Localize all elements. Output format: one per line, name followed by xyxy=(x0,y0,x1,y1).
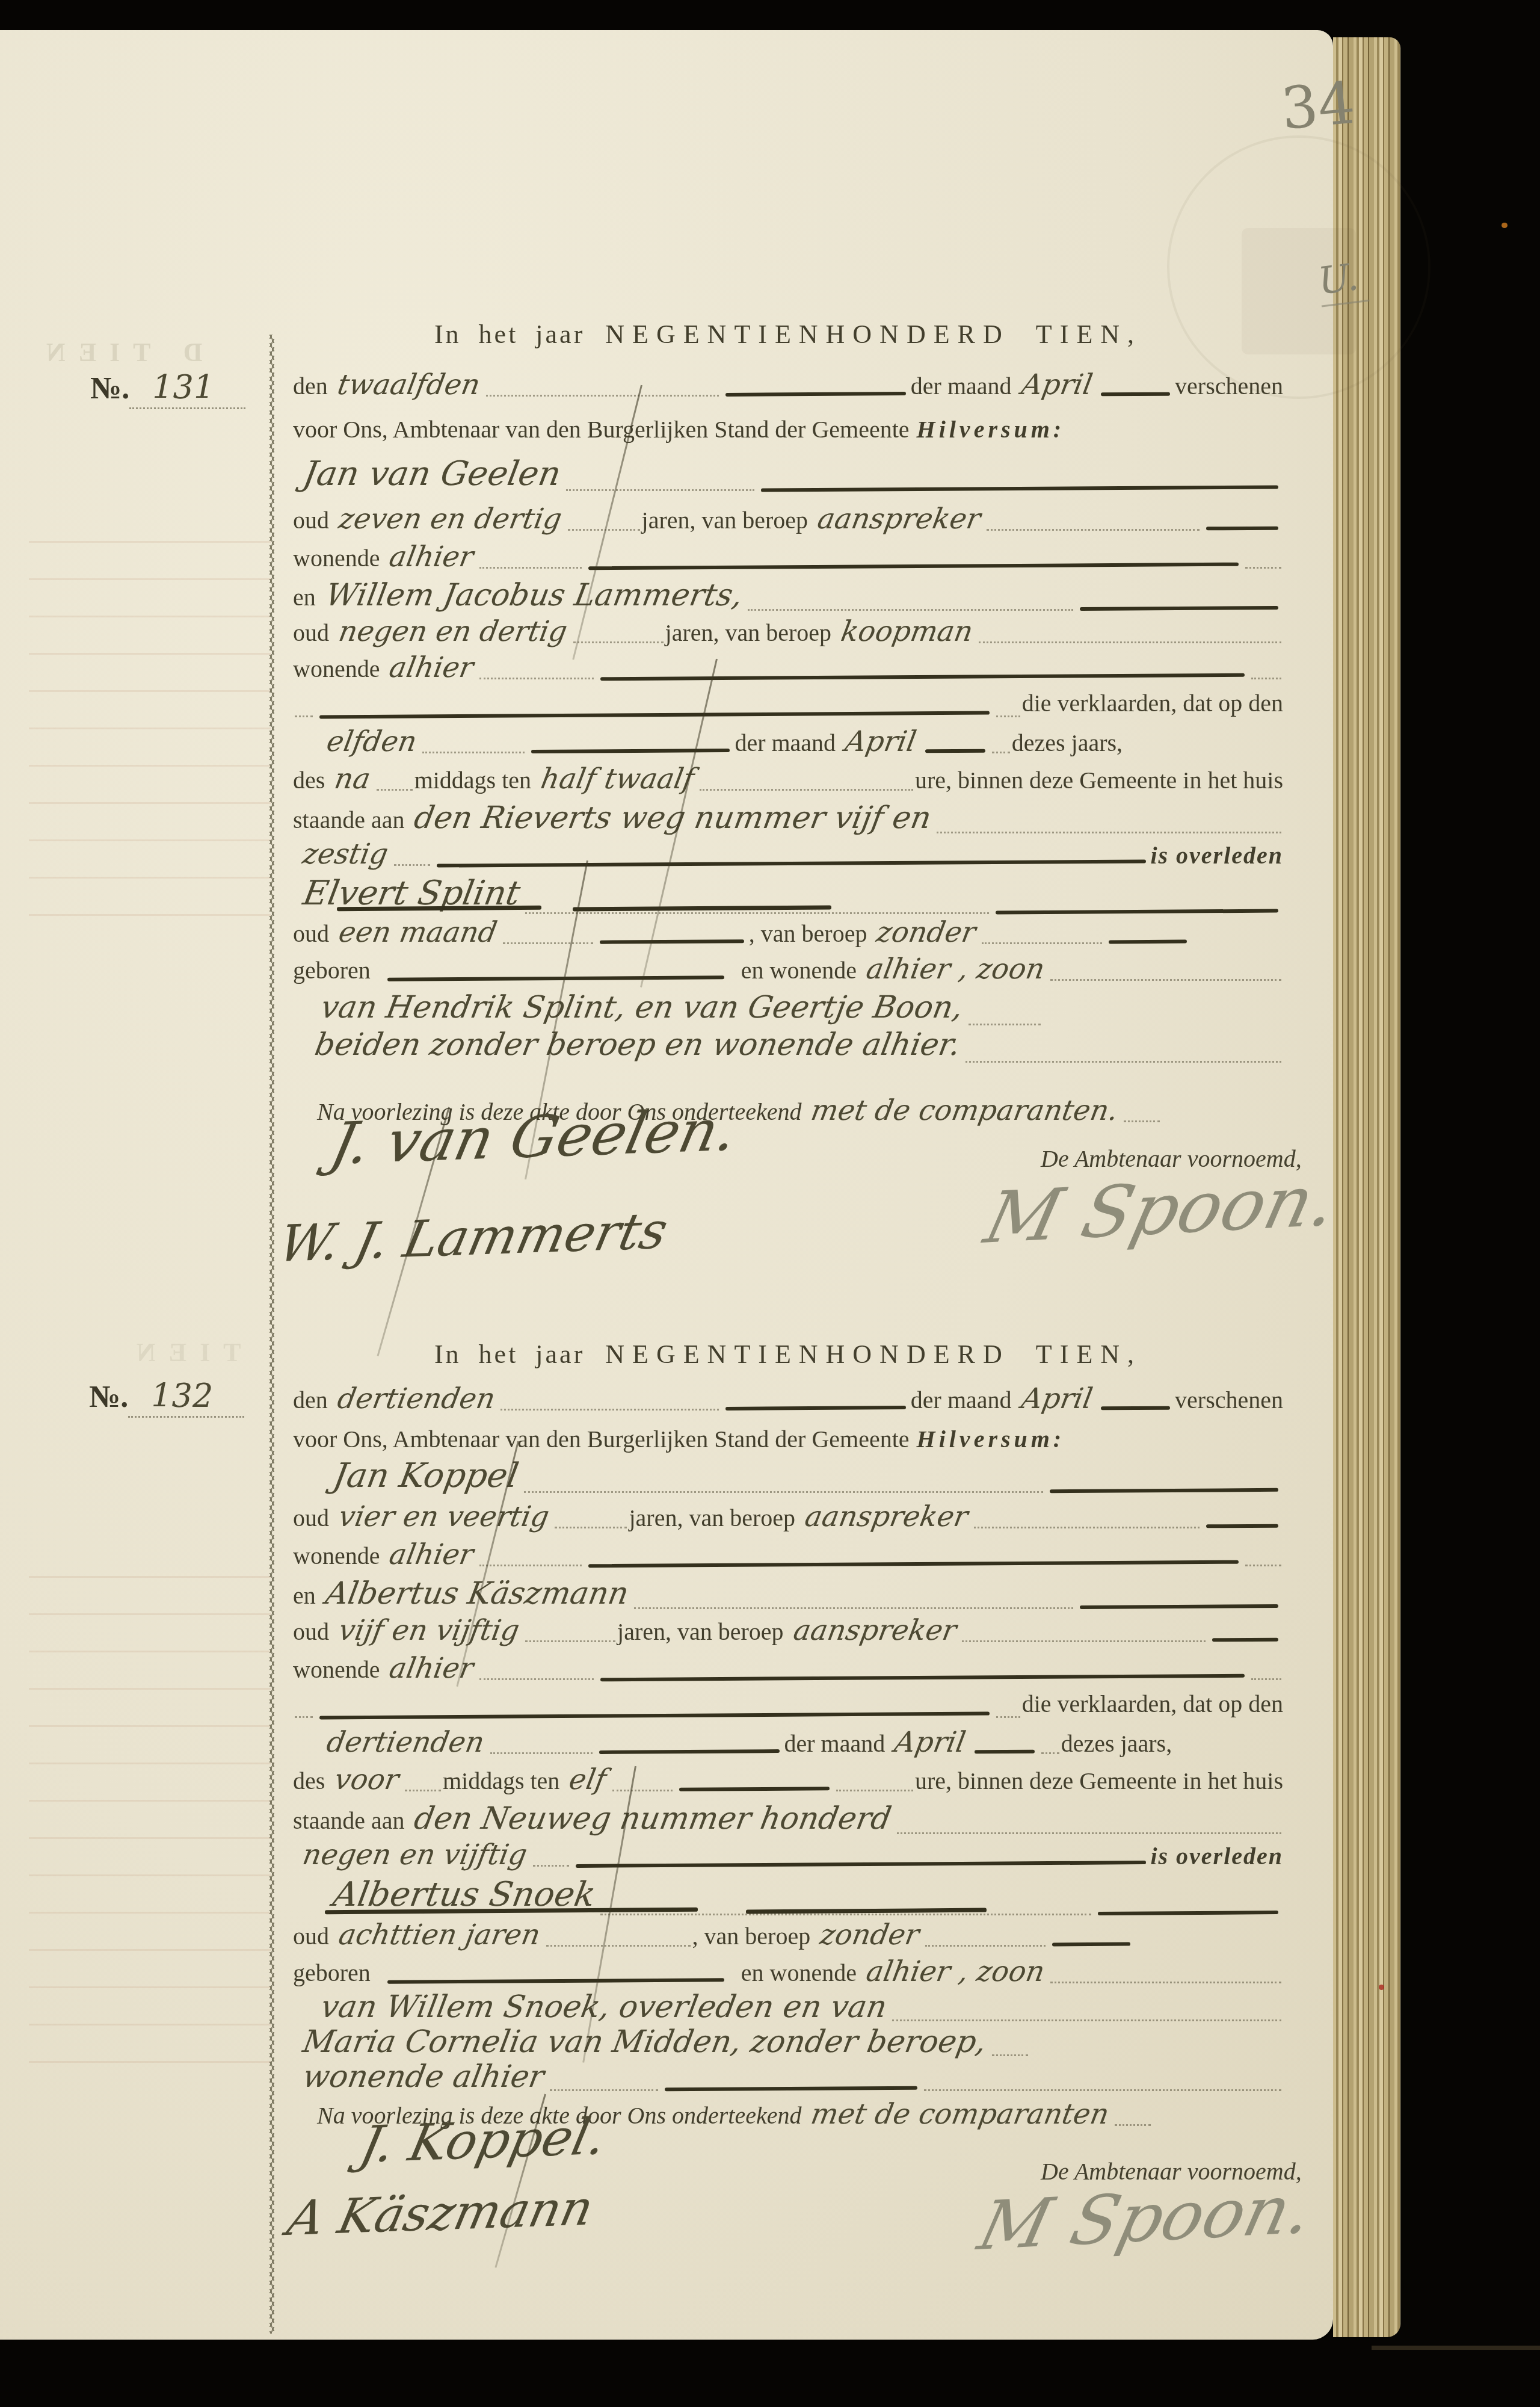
dotted-leader xyxy=(533,1865,569,1867)
dotted-leader xyxy=(479,678,594,679)
label-oud: oud xyxy=(293,1618,329,1646)
deceased-age-line: oud een maand , van beroep zonder xyxy=(293,916,1283,950)
dotted-leader xyxy=(612,1790,673,1791)
label-die-verklaarden: die verklaarden, dat op den xyxy=(1022,689,1283,717)
date-line: den dertienden der maand April verschene… xyxy=(293,1382,1283,1416)
comparant2-occupation: aanspreker xyxy=(791,1614,959,1647)
death-date-line: dertienden der maand April dezes jaars, xyxy=(293,1726,1283,1760)
deceased-age: achttien jaren xyxy=(336,1918,543,1951)
label-en-wonende: en wonende xyxy=(741,1959,857,1987)
deceased-occupation: zonder xyxy=(818,1918,922,1951)
dust-fleck xyxy=(1379,1985,1384,1990)
month-handwritten: April xyxy=(1019,1382,1095,1415)
ink-stroke xyxy=(588,1560,1239,1568)
label-den: den xyxy=(293,372,328,400)
dotted-leader xyxy=(525,912,989,914)
deceased-residence: alhier , zoon xyxy=(864,953,1047,986)
ink-stroke xyxy=(725,392,906,397)
dotted-leader xyxy=(500,1409,719,1411)
dotted-leader xyxy=(925,1945,1046,1947)
dotted-leader xyxy=(479,567,582,569)
header-prefix: In het jaar xyxy=(434,319,585,350)
label-jaren-beroep: jaren, van beroep xyxy=(642,506,808,534)
dotted-leader xyxy=(748,609,1073,611)
label-die-verklaarden: die verklaarden, dat op den xyxy=(1022,1690,1283,1718)
closing-handwritten: met de comparanten. xyxy=(808,1094,1121,1127)
ink-stroke xyxy=(437,859,1146,867)
comparant1-age: vier en veertig xyxy=(336,1500,552,1533)
comparant1-name: Jan Koppel xyxy=(330,1456,522,1495)
label-geboren: geboren xyxy=(293,956,371,984)
comparant1-residence-line: wonende alhier xyxy=(293,540,1283,574)
dotted-leader xyxy=(897,1832,1281,1834)
comparant1-occupation: aanspreker xyxy=(802,1500,970,1533)
label-der-maand: der maand xyxy=(735,729,836,757)
comparant2-name-line: en Albertus Käszmann xyxy=(293,1576,1283,1614)
daypart-handwritten: voor xyxy=(332,1763,401,1796)
label-der-maand: der maand xyxy=(784,1729,885,1758)
dotted-leader xyxy=(969,1024,1041,1025)
label-dezes-jaars: dezes jaars, xyxy=(1012,729,1123,757)
number-label: №. xyxy=(89,1379,128,1415)
comparant2-age-line: oud negen en dertig jaren, van beroep ko… xyxy=(293,615,1283,649)
comparant1-name: Jan van Geelen xyxy=(300,454,564,493)
label-jaren-beroep: jaren, van beroep xyxy=(629,1504,795,1532)
gemeente-name: Hilversum: xyxy=(917,415,1065,443)
comparant1-age: zeven en dertig xyxy=(336,502,564,536)
comparant2-age: vijf en vijftig xyxy=(336,1614,522,1647)
label-is-overleden: is overleden xyxy=(1150,1842,1283,1870)
dotted-leader xyxy=(524,1491,1044,1493)
ink-stroke xyxy=(1052,1942,1130,1947)
dotted-leader xyxy=(924,2089,1281,2091)
dotted-leader xyxy=(996,1716,1020,1718)
ink-stroke xyxy=(679,1787,830,1791)
label-is-overleden: is overleden xyxy=(1150,841,1283,870)
comparant1-age-line: oud vier en veertig jaren, van beroep aa… xyxy=(293,1500,1283,1534)
dotted-leader xyxy=(962,1640,1206,1642)
ink-stroke xyxy=(1109,940,1187,944)
dust-fleck xyxy=(1501,223,1508,228)
scanned-register-page: D TIEN TIEN 34 U. №. 131 In het jaar NEG… xyxy=(0,0,1540,2407)
dotted-leader xyxy=(555,1527,627,1528)
label-oud: oud xyxy=(293,919,329,948)
comparant2-age-line: oud vijf en vijftig jaren, van beroep aa… xyxy=(293,1614,1283,1648)
daypart-handwritten: na xyxy=(332,762,373,796)
born-residence-line: geboren en wonende alhier , zoon xyxy=(293,1955,1283,1989)
dotted-leader xyxy=(979,641,1281,643)
label-oud: oud xyxy=(293,1922,329,1950)
death-month: April xyxy=(892,1726,968,1759)
address-line-1: staande aan den Neuweg nummer honderd xyxy=(293,1801,1283,1840)
dotted-leader xyxy=(974,1527,1200,1528)
dotted-leader xyxy=(479,1565,582,1566)
parentage-3: wonende alhier xyxy=(300,2059,547,2095)
death-hour: elf xyxy=(567,1763,609,1796)
parentage-2: Maria Cornelia van Midden, zonder beroep… xyxy=(300,2024,989,2060)
ink-stroke xyxy=(1206,1524,1278,1528)
comparant1-name-line: Jan van Geelen xyxy=(293,454,1283,496)
label-der-maand: der maand xyxy=(911,372,1012,400)
ink-stroke xyxy=(1080,606,1278,611)
death-day: dertienden xyxy=(324,1726,487,1759)
ink-stroke xyxy=(1101,1406,1170,1411)
parentage-1: van Willem Snoek, overleden en van xyxy=(318,1989,890,2025)
comparant2-residence-line: wonende alhier xyxy=(293,1652,1283,1686)
address-handwritten-2: zestig xyxy=(300,838,390,871)
dotted-leader xyxy=(982,942,1102,944)
record-header: In het jaar NEGENTIENHONDERD TIEN, xyxy=(293,319,1283,353)
ink-stroke xyxy=(387,975,724,981)
dotted-leader xyxy=(1041,1752,1059,1754)
label-verschenen: verschenen xyxy=(1175,1386,1283,1414)
ink-bleedthrough: TIEN xyxy=(123,1337,241,1368)
record-number-block: №. 132 xyxy=(89,1377,244,1418)
dotted-leader xyxy=(1050,979,1281,981)
label-van-beroep: , van beroep xyxy=(692,1922,811,1950)
dotted-leader xyxy=(405,1790,441,1791)
registrar-line: voor Ons, Ambtenaar van den Burgerlijken… xyxy=(293,415,1283,449)
dotted-leader xyxy=(479,1678,594,1680)
dotted-leader xyxy=(1245,567,1281,569)
death-date-line: elfden der maand April dezes jaars, xyxy=(293,725,1283,759)
dotted-leader xyxy=(1251,678,1281,679)
number-label: №. xyxy=(90,371,129,406)
parentage-2: beiden zonder beroep en wonende alhier. xyxy=(312,1027,963,1063)
ink-stroke xyxy=(387,1978,724,1983)
label-middags-ten: middags ten xyxy=(414,766,531,794)
record-number-underline: 132 xyxy=(128,1377,244,1418)
label-jaren-beroep: jaren, van beroep xyxy=(617,1618,784,1646)
label-verschenen: verschenen xyxy=(1175,372,1283,400)
dotted-leader xyxy=(1245,1565,1281,1566)
declaration-line: die verklaarden, dat op den xyxy=(293,689,1283,723)
ink-stroke xyxy=(576,1861,1146,1868)
comparant1-residence: alhier xyxy=(387,1538,476,1571)
ink-stroke xyxy=(588,563,1239,570)
comparant1-residence: alhier xyxy=(387,540,476,573)
ink-stroke xyxy=(1098,1911,1278,1915)
deceased-residence: alhier , zoon xyxy=(864,1955,1047,1988)
deceased-occupation: zonder xyxy=(874,916,978,949)
deceased-age-line: oud achttien jaren , van beroep zonder xyxy=(293,1918,1283,1952)
dotted-leader xyxy=(503,942,593,944)
label-van-beroep: , van beroep xyxy=(749,919,867,948)
label-wonende: wonende xyxy=(293,1655,380,1684)
dotted-leader xyxy=(634,1607,1073,1609)
deceased-name-line: Albertus Snoek xyxy=(293,1875,1283,1921)
comparant1-residence-line: wonende alhier xyxy=(293,1538,1283,1572)
record-number-block: №. 131 xyxy=(90,368,245,409)
dotted-leader xyxy=(937,832,1281,833)
label-jaren-beroep: jaren, van beroep xyxy=(665,619,832,647)
label-ure-binnen: ure, binnen deze Gemeente in het huis xyxy=(915,1767,1283,1795)
death-day: elfden xyxy=(324,725,419,758)
death-hour-line: des na middags ten half twaalf ure, binn… xyxy=(293,762,1283,796)
record-number-underline: 131 xyxy=(129,368,245,409)
date-line: den twaalfden der maand April verschenen xyxy=(293,368,1283,402)
label-en: en xyxy=(293,583,316,611)
ink-stroke xyxy=(761,485,1278,492)
parentage-line-3: wonende alhier xyxy=(293,2059,1283,2096)
dotted-leader xyxy=(1050,1982,1281,1983)
month-handwritten: April xyxy=(1019,368,1095,401)
dotted-leader xyxy=(566,489,754,491)
label-staande-aan: staande aan xyxy=(293,806,404,834)
label-staande-aan: staande aan xyxy=(293,1806,404,1835)
address-handwritten-2: negen en vijftig xyxy=(300,1838,529,1871)
closing-handwritten: met de comparanten xyxy=(808,2098,1112,2131)
declaration-line: die verklaarden, dat op den xyxy=(293,1690,1283,1723)
born-residence-line: geboren en wonende alhier , zoon xyxy=(293,953,1283,986)
pencil-initials: U. xyxy=(1316,253,1369,307)
day-handwritten: twaalfden xyxy=(335,368,482,401)
label-ure-binnen: ure, binnen deze Gemeente in het huis xyxy=(915,766,1283,794)
ink-stroke xyxy=(925,749,985,753)
dotted-leader xyxy=(1251,1678,1281,1680)
label-den: den xyxy=(293,1386,328,1414)
ink-stroke xyxy=(1212,1638,1278,1642)
parentage-line-2: Maria Cornelia van Midden, zonder beroep… xyxy=(293,2024,1283,2062)
ink-stroke xyxy=(599,1749,780,1754)
deceased-name-line: Elvert Splint xyxy=(293,874,1283,919)
ink-stroke xyxy=(665,2086,917,2092)
verso-ruled-lines xyxy=(29,1540,271,2070)
comparant1-age-line: oud zeven en dertig jaren, van beroep aa… xyxy=(293,502,1283,536)
ink-stroke xyxy=(1050,1488,1278,1493)
ink-stroke xyxy=(725,1406,906,1411)
dotted-leader xyxy=(546,1945,691,1947)
label-oud: oud xyxy=(293,619,329,647)
label-oud: oud xyxy=(293,1504,329,1532)
record-number: 132 xyxy=(151,1377,213,1415)
comparant1-name-line: Jan Koppel xyxy=(293,1456,1283,1498)
comparant1-signature: J. Koppel. xyxy=(355,2107,612,2174)
dotted-leader xyxy=(996,715,1020,717)
verso-ruled-lines xyxy=(29,505,271,951)
dotted-leader xyxy=(700,789,913,791)
dotted-leader xyxy=(992,752,1010,753)
label-des: des xyxy=(293,1767,325,1795)
ink-bleedthrough: D TIEN xyxy=(33,337,203,368)
ink-stroke xyxy=(996,909,1278,915)
address-handwritten-1: den Rieverts weg nummer vijf en xyxy=(411,800,934,836)
label-en: en xyxy=(293,1581,316,1610)
dotted-leader xyxy=(573,641,664,643)
dotted-leader xyxy=(550,2089,658,2091)
label-dezes-jaars: dezes jaars, xyxy=(1061,1729,1172,1758)
dotted-leader xyxy=(992,2054,1028,2056)
embossed-seal xyxy=(1167,135,1431,399)
parentage-1: van Hendrik Splint, en van Geertje Boon, xyxy=(318,990,966,1025)
pencil-page-number: 34 xyxy=(1278,69,1357,143)
dotted-leader xyxy=(486,395,719,397)
parentage-line-1: van Willem Snoek, overleden en van xyxy=(293,1989,1283,2027)
margin-divider-zigzag xyxy=(269,335,274,2334)
day-handwritten: dertienden xyxy=(335,1382,497,1415)
death-hour: half twaalf xyxy=(538,762,697,796)
dotted-leader xyxy=(295,1716,313,1718)
header-prefix: In het jaar xyxy=(434,1339,585,1370)
dotted-leader xyxy=(394,864,430,866)
parentage-line-1: van Hendrik Splint, en van Geertje Boon, xyxy=(293,990,1283,1031)
ink-stroke xyxy=(1206,527,1278,531)
comparant2-occupation: koopman xyxy=(839,615,976,648)
label-voor-ons: voor Ons, Ambtenaar van den Burgerlijken… xyxy=(293,1425,910,1453)
comparant2-name-line: en Willem Jacobus Lammerts, xyxy=(293,578,1283,616)
comparant1-occupation: aanspreker xyxy=(815,502,983,536)
dotted-leader xyxy=(295,715,313,717)
dotted-leader xyxy=(490,1752,593,1754)
label-wonende: wonende xyxy=(293,655,380,683)
label-wonende: wonende xyxy=(293,544,380,572)
label-oud: oud xyxy=(293,506,329,534)
comparant2-signature: A Käszmann xyxy=(283,2180,598,2246)
dotted-leader xyxy=(892,2019,1281,2021)
comparant2-residence-line: wonende alhier xyxy=(293,651,1283,685)
dotted-leader xyxy=(377,789,413,791)
ink-stroke xyxy=(600,673,1245,681)
ink-stroke xyxy=(975,1750,1035,1754)
label-middags-ten: middags ten xyxy=(443,1767,559,1795)
parentage-line-2: beiden zonder beroep en wonende alhier. xyxy=(293,1027,1283,1068)
ink-stroke xyxy=(531,749,730,753)
dotted-leader xyxy=(836,1790,913,1791)
dotted-leader xyxy=(1115,2124,1151,2126)
ink-stroke xyxy=(319,711,990,719)
shelf-line xyxy=(1372,2346,1540,2350)
comparant2-name: Willem Jacobus Lammerts, xyxy=(323,578,745,613)
label-geboren: geboren xyxy=(293,1959,371,1987)
record-number: 131 xyxy=(152,368,214,406)
label-des: des xyxy=(293,766,325,794)
ink-stroke xyxy=(1101,392,1170,397)
header-year: NEGENTIENHONDERD TIEN, xyxy=(605,319,1142,350)
comparant2-age: negen en dertig xyxy=(336,615,570,648)
ink-stroke xyxy=(600,1674,1245,1682)
address-line-2: negen en vijftig is overleden xyxy=(293,1838,1283,1872)
dotted-leader xyxy=(525,1640,615,1642)
death-month: April xyxy=(843,725,919,758)
label-wonende: wonende xyxy=(293,1542,380,1570)
record-header: In het jaar NEGENTIENHONDERD TIEN, xyxy=(293,1339,1283,1373)
header-year: NEGENTIENHONDERD TIEN, xyxy=(605,1339,1142,1370)
dotted-leader xyxy=(422,752,525,753)
label-en-wonende: en wonende xyxy=(741,956,857,984)
label-voor-ons: voor Ons, Ambtenaar van den Burgerlijken… xyxy=(293,415,910,443)
address-handwritten-1: den Neuweg nummer honderd xyxy=(411,1801,894,1837)
dotted-leader xyxy=(1124,1120,1160,1122)
ink-stroke xyxy=(600,939,744,944)
label-der-maand: der maand xyxy=(911,1386,1012,1414)
dotted-leader xyxy=(966,1061,1281,1063)
address-line-2: zestig is overleden xyxy=(293,838,1283,871)
dotted-leader xyxy=(987,529,1200,531)
ink-stroke xyxy=(1080,1604,1278,1609)
comparant2-residence: alhier xyxy=(387,651,476,684)
deceased-age: een maand xyxy=(336,916,500,949)
address-line-1: staande aan den Rieverts weg nummer vijf… xyxy=(293,800,1283,839)
ink-stroke xyxy=(319,1712,990,1720)
gemeente-name: Hilversum: xyxy=(917,1425,1065,1453)
dotted-leader xyxy=(600,1914,1091,1915)
death-hour-line: des voor middags ten elf ure, binnen dez… xyxy=(293,1763,1283,1797)
registrar-line: voor Ons, Ambtenaar van den Burgerlijken… xyxy=(293,1425,1283,1459)
